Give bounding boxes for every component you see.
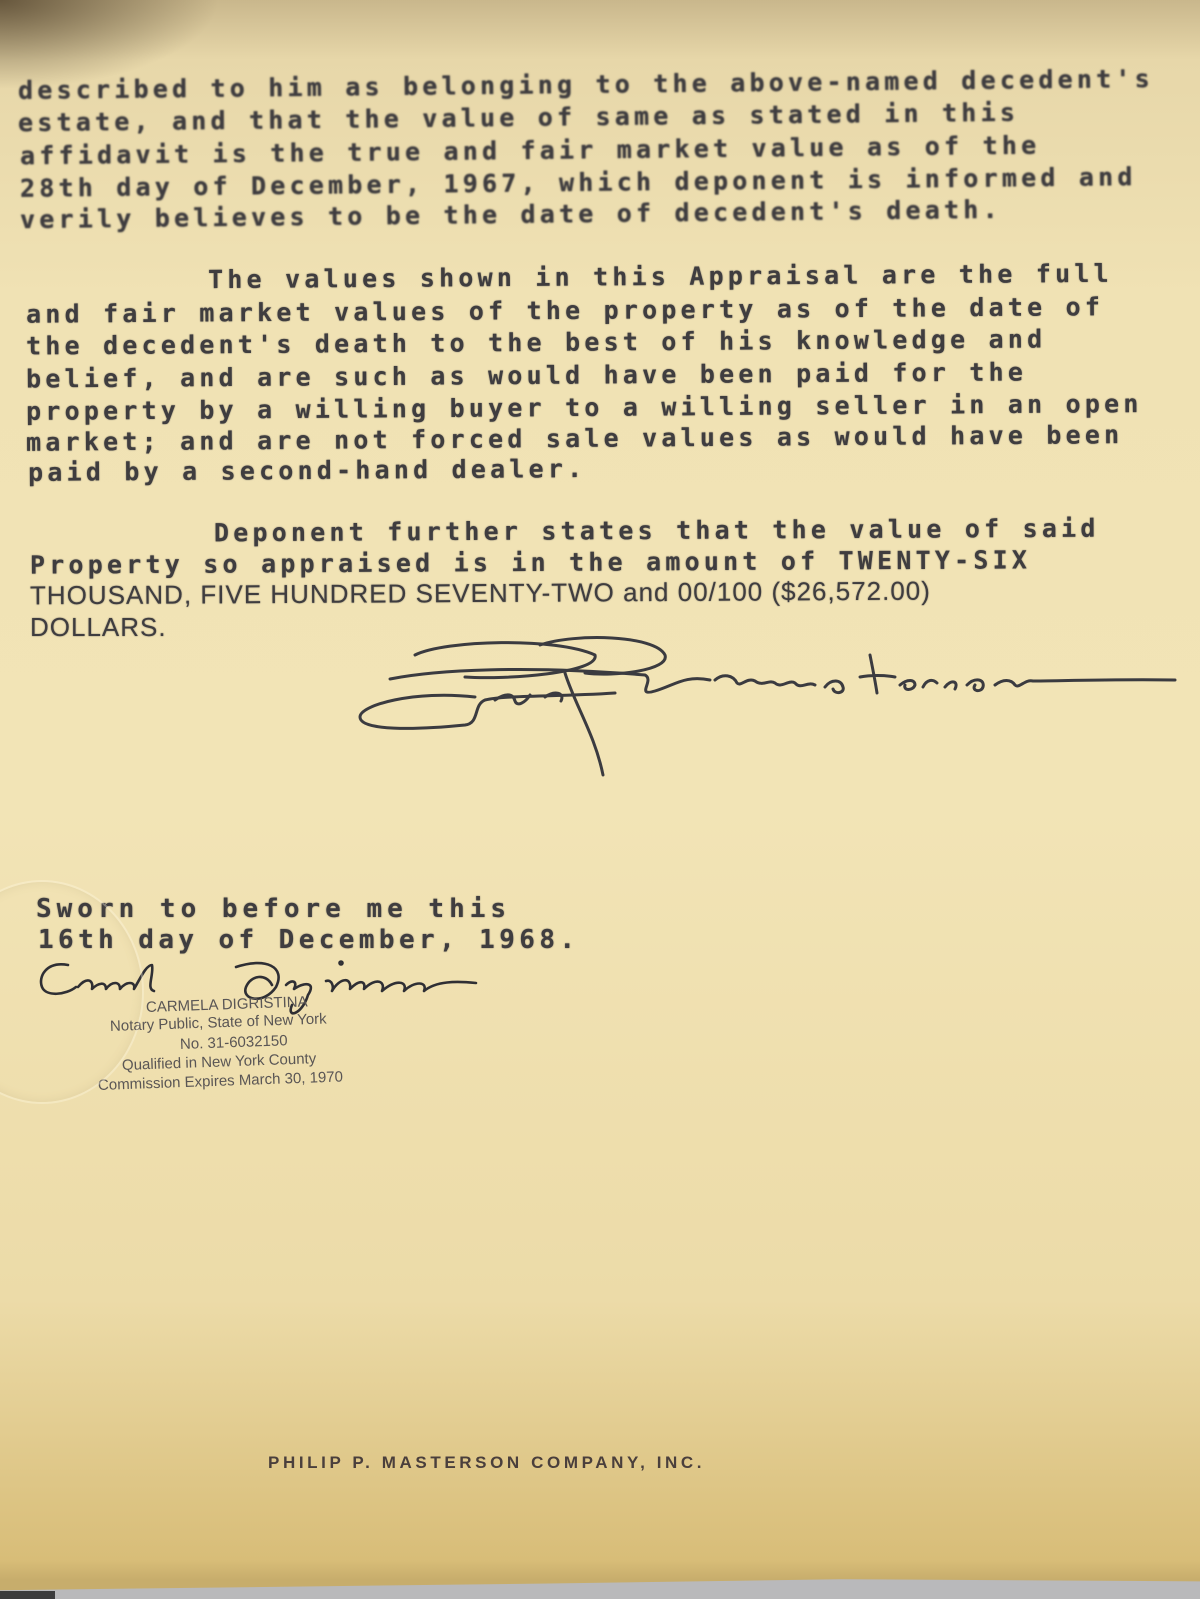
amount-line: THOUSAND, FIVE HUNDRED SEVENTY-TWO and 0… xyxy=(30,576,931,612)
text-line: belief, and are such as would have been … xyxy=(26,358,1027,394)
deponent-signature xyxy=(355,635,1185,785)
text-line: The values shown in this Appraisal are t… xyxy=(208,259,1113,294)
notary-number: No. 31-6032150 xyxy=(180,1032,288,1053)
text-line: DOLLARS. xyxy=(30,612,167,643)
text-line: estate, and that the value of same as st… xyxy=(18,98,1019,137)
text-line: market; and are not forced sale values a… xyxy=(26,420,1124,457)
page-bottom-edge xyxy=(0,1577,1200,1599)
footer-company-name: PHILIP P. MASTERSON COMPANY, INC. xyxy=(268,1453,705,1473)
text-line: paid by a second-hand dealer. xyxy=(28,454,586,487)
text-line: Property so appraised is in the amount o… xyxy=(30,545,1031,579)
background-surface xyxy=(0,1591,55,1599)
text-line: and fair market values of the property a… xyxy=(26,292,1104,329)
text-line: Deponent further states that the value o… xyxy=(214,514,1100,548)
text-line: the decedent's death to the best of his … xyxy=(26,324,1047,360)
